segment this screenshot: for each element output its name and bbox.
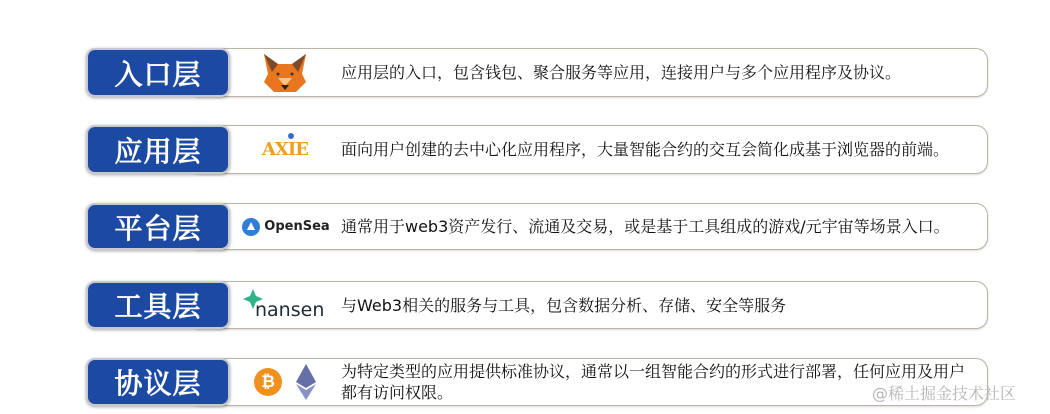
layer-label: 工具层 bbox=[86, 281, 230, 329]
axie-infinity-logo: AXIE bbox=[238, 125, 332, 174]
layer-row-entry: 入口层 应用层的入口，包含钱包、聚合服务等应用，连接用户与多个应用程序及协议。 bbox=[86, 48, 988, 97]
metamask-fox-icon bbox=[238, 48, 332, 97]
layer-row-platform: 平台层 OpenSea 通常用于web3资产发行、流通及交易，或是基于工具组成的… bbox=[86, 203, 988, 250]
layer-description: 通常用于web3资产发行、流通及交易，或是基于工具组成的游戏/元宇宙等场景入口。 bbox=[341, 203, 966, 250]
nansen-logo: nansen bbox=[238, 281, 332, 329]
layer-row-application: 应用层 AXIE 面向用户创建的去中心化应用程序，大量智能合约的交互会简化成基于… bbox=[86, 125, 988, 174]
layer-label: 入口层 bbox=[86, 48, 230, 97]
layer-description: 应用层的入口，包含钱包、聚合服务等应用，连接用户与多个应用程序及协议。 bbox=[341, 48, 966, 97]
layer-description: 面向用户创建的去中心化应用程序，大量智能合约的交互会简化成基于浏览器的前端。 bbox=[341, 125, 966, 174]
layer-description: 与Web3相关的服务与工具，包含数据分析、存储、安全等服务 bbox=[341, 281, 966, 329]
layer-label: 应用层 bbox=[86, 125, 230, 174]
watermark: @稀土掘金技术社区 bbox=[872, 381, 1016, 404]
layer-label: 协议层 bbox=[86, 358, 230, 406]
layer-row-protocol: 协议层 ₿ 为特定类型的应用提供标准协议，通常以一组智能合约的形式进行部署，任何… bbox=[86, 358, 988, 406]
opensea-logo: OpenSea bbox=[236, 203, 336, 250]
ethereum-icon bbox=[296, 364, 316, 400]
layer-row-tools: 工具层 nansen 与Web3相关的服务与工具，包含数据分析、存储、安全等服务 bbox=[86, 281, 988, 329]
bitcoin-ethereum-icons: ₿ bbox=[238, 358, 332, 406]
layer-label: 平台层 bbox=[86, 203, 230, 250]
bitcoin-icon: ₿ bbox=[254, 368, 282, 396]
